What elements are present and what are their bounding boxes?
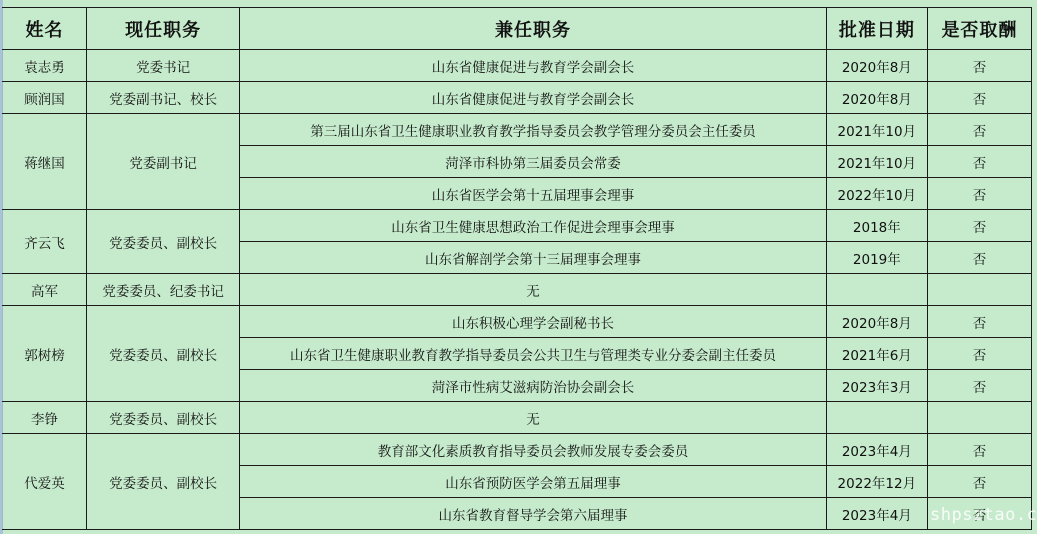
header-approval-date: 批准日期	[826, 8, 927, 50]
part-time-role: 山东省预防医学会第五届理事	[240, 466, 827, 498]
current-position: 党委书记	[87, 50, 240, 82]
part-time-role: 山东省卫生健康职业教育教学指导委员会公共卫生与管理类专业分委会副主任委员	[240, 338, 827, 370]
approval-date: 2020年8月	[826, 306, 927, 338]
approval-date: 2018年	[826, 210, 927, 242]
person-name: 代爱英	[3, 434, 87, 530]
person-name: 袁志勇	[3, 50, 87, 82]
approval-date: 2021年10月	[826, 114, 927, 146]
part-time-role: 山东积极心理学会副秘书长	[240, 306, 827, 338]
paid-status: 否	[927, 114, 1031, 146]
paid-status: 否	[927, 146, 1031, 178]
paid-status: 否	[927, 50, 1031, 82]
paid-status: 否	[927, 338, 1031, 370]
person-name: 齐云飞	[3, 210, 87, 274]
approval-date: 2021年6月	[826, 338, 927, 370]
person-name: 顾润国	[3, 82, 87, 114]
part-time-positions-table: 姓名 现任职务 兼任职务 批准日期 是否取酬 袁志勇 党委书记 山东省健康促进与…	[2, 7, 1032, 530]
table-row: 郭树榜 党委委员、副校长 山东积极心理学会副秘书长 2020年8月 否	[3, 306, 1032, 338]
paid-status: 否	[927, 434, 1031, 466]
part-time-role: 无	[240, 402, 827, 434]
part-time-role: 菏泽市性病艾滋病防治协会副会长	[240, 370, 827, 402]
approval-date: 2023年4月	[826, 498, 927, 530]
approval-date	[826, 274, 927, 306]
paid-status	[927, 402, 1031, 434]
header-row: 姓名 现任职务 兼任职务 批准日期 是否取酬	[3, 8, 1032, 50]
approval-date: 2023年3月	[826, 370, 927, 402]
paid-status: 否	[927, 370, 1031, 402]
table-row: 顾润国 党委副书记、校长 山东省健康促进与教育学会副会长 2020年8月 否	[3, 82, 1032, 114]
table-row: 李铮 党委委员、副校长 无	[3, 402, 1032, 434]
table-row: 高军 党委委员、纪委书记 无	[3, 274, 1032, 306]
current-position: 党委委员、纪委书记	[87, 274, 240, 306]
part-time-role: 无	[240, 274, 827, 306]
part-time-role: 山东省健康促进与教育学会副会长	[240, 82, 827, 114]
person-name: 高军	[3, 274, 87, 306]
paid-status: 否	[927, 498, 1031, 530]
header-name: 姓名	[3, 8, 87, 50]
approval-date: 2023年4月	[826, 434, 927, 466]
table-row: 齐云飞 党委委员、副校长 山东省卫生健康思想政治工作促进会理事会理事 2018年…	[3, 210, 1032, 242]
paid-status: 否	[927, 178, 1031, 210]
paid-status: 否	[927, 242, 1031, 274]
person-name: 蒋继国	[3, 114, 87, 210]
approval-date: 2022年10月	[826, 178, 927, 210]
part-time-role: 山东省健康促进与教育学会副会长	[240, 50, 827, 82]
part-time-role: 第三届山东省卫生健康职业教育教学指导委员会教学管理分委员会主任委员	[240, 114, 827, 146]
header-current-position: 现任职务	[87, 8, 240, 50]
part-time-role: 山东省医学会第十五届理事会理事	[240, 178, 827, 210]
part-time-role: 菏泽市科协第三届委员会常委	[240, 146, 827, 178]
current-position: 党委委员、副校长	[87, 306, 240, 402]
current-position: 党委副书记、校长	[87, 82, 240, 114]
part-time-role: 山东省解剖学会第十三届理事会理事	[240, 242, 827, 274]
paid-status: 否	[927, 466, 1031, 498]
current-position: 党委委员、副校长	[87, 402, 240, 434]
paid-status	[927, 274, 1031, 306]
approval-date: 2020年8月	[826, 82, 927, 114]
approval-date: 2021年10月	[826, 146, 927, 178]
current-position: 党委副书记	[87, 114, 240, 210]
approval-date: 2019年	[826, 242, 927, 274]
person-name: 郭树榜	[3, 306, 87, 402]
header-part-time-position: 兼任职务	[240, 8, 827, 50]
approval-date: 2022年12月	[826, 466, 927, 498]
paid-status: 否	[927, 306, 1031, 338]
person-name: 李铮	[3, 402, 87, 434]
current-position: 党委委员、副校长	[87, 434, 240, 530]
header-paid: 是否取酬	[927, 8, 1031, 50]
table-row: 代爱英 党委委员、副校长 教育部文化素质教育指导委员会教师发展专委会委员 202…	[3, 434, 1032, 466]
approval-date: 2020年8月	[826, 50, 927, 82]
table-row: 袁志勇 党委书记 山东省健康促进与教育学会副会长 2020年8月 否	[3, 50, 1032, 82]
part-time-role: 山东省教育督导学会第六届理事	[240, 498, 827, 530]
paid-status: 否	[927, 82, 1031, 114]
part-time-role: 教育部文化素质教育指导委员会教师发展专委会委员	[240, 434, 827, 466]
current-position: 党委委员、副校长	[87, 210, 240, 274]
paid-status: 否	[927, 210, 1031, 242]
part-time-role: 山东省卫生健康思想政治工作促进会理事会理事	[240, 210, 827, 242]
table-row: 蒋继国 党委副书记 第三届山东省卫生健康职业教育教学指导委员会教学管理分委员会主…	[3, 114, 1032, 146]
approval-date	[826, 402, 927, 434]
